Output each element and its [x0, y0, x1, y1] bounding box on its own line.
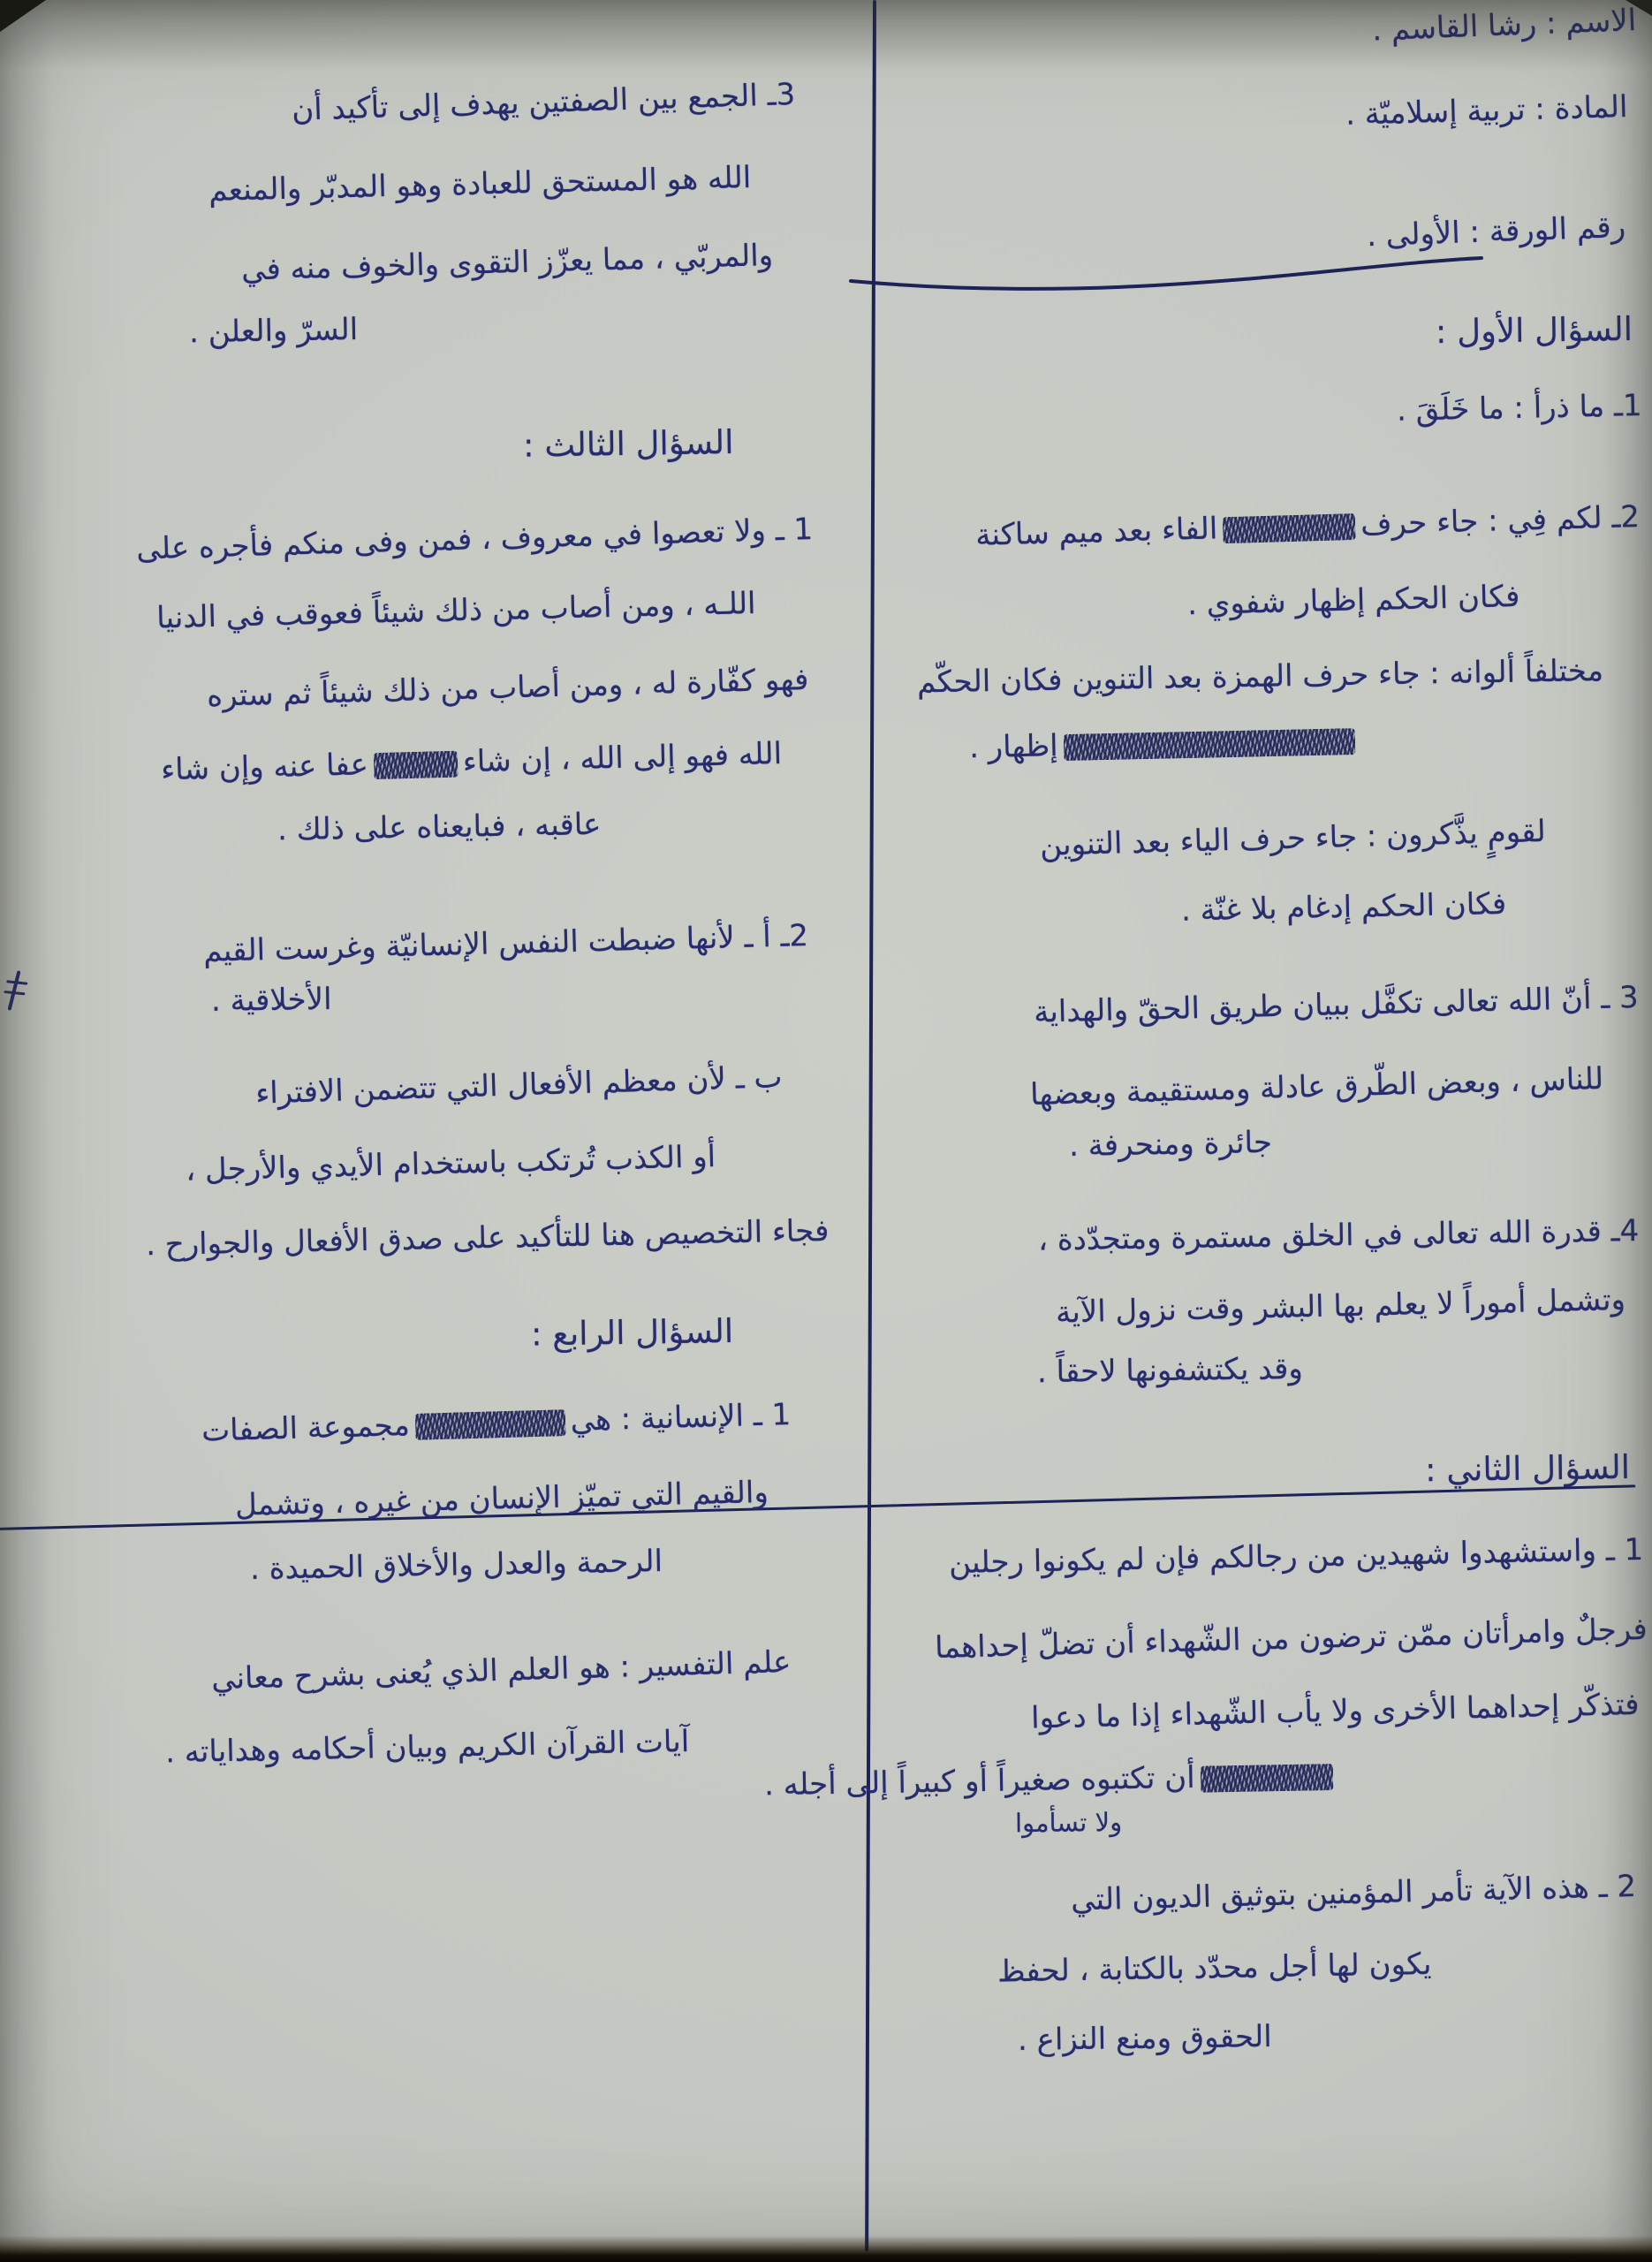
q3-answer-2b-line2: أو الكذب تُرتكب باستخدام الأيدي والأرجل … [186, 1140, 716, 1188]
question3-heading: السؤال الثالث : [522, 424, 733, 465]
scan-corner-shadow-left [0, 0, 46, 32]
q2-answer-1-line4: أن تكتبوه صغيراً أو كبيراً إلى أجله . [764, 1758, 1338, 1803]
q1-answer-2b-line1: مختلفاً ألوانه : جاء حرف الهمزة بعد التن… [917, 654, 1604, 701]
q1-answer-2b-post: إظهار . [969, 728, 1058, 765]
q4-answer-1-line1: 1 ـ الإنسانية : هيمجموعة الصفات [201, 1398, 792, 1449]
scan-corner-shadow-right [1625, 0, 1652, 16]
q1-answer-3-line1: 3 ـ أنّ الله تعالى تكفَّل ببيان طريق الح… [1034, 981, 1639, 1030]
q1-answer-2b-line2: إظهار . [969, 723, 1360, 765]
q1-answer-2a-post: الفاء بعد ميم ساكنة [975, 511, 1218, 553]
q2-answer-3-line1: 3ـ الجمع بين الصفتين يهدف إلى تأكيد أن [292, 78, 796, 128]
q3-answer-1-line5: عاقبه ، فبايعناه على ذلك . [277, 808, 601, 847]
q1-answer-4-line2: وتشمل أموراً لا يعلم بها البشر وقت نزول … [1056, 1283, 1626, 1331]
question1-heading: السؤال الأول : [1436, 311, 1633, 352]
q1-answer-2a-line1: 2ـ لكم فِي : جاء حرفالفاء بعد ميم ساكنة [975, 500, 1641, 553]
scanned-answer-sheet: الاسم : رشا القاسم . المادة : تربية إسلا… [0, 0, 1652, 2262]
q4-answer-2-line2: آيات القرآن الكريم وبيان أحكامه وهداياته… [165, 1725, 690, 1771]
q1-answer-2a-pre: 2ـ لكم فِي : جاء حرف [1360, 499, 1641, 543]
q3-answer-1-line4: الله فهو إلى الله ، إن شاءعفا عنه وإن شا… [161, 737, 783, 787]
q2-answer-3-line4: السرّ والعلن . [189, 313, 359, 350]
q1-answer-1: 1ـ ما ذرأ : ما خَلَقَ . [1396, 389, 1641, 429]
q4-answer-1-line1-post: مجموعة الصفات [201, 1408, 411, 1449]
scribble-mark [1064, 728, 1356, 761]
scan-bottom-edge [0, 2235, 1652, 2262]
q2-answer-1-line3: فتذكّر إحداهما الأخرى ولا يأب الشّهداء إ… [1030, 1688, 1639, 1736]
q3-answer-2b-line3: فجاء التخصيص هنا للتأكيد على صدق الأفعال… [145, 1214, 829, 1263]
q3-answer-1-line2: اللـه ، ومن أصاب من ذلك شيئاً فعوقب في ا… [155, 587, 755, 636]
margin-mark [7, 970, 20, 1011]
q1-answer-2c-line2: فكان الحكم إدغام بلا غنّة . [1181, 887, 1507, 929]
paper-number-line: رقم الورقة : الأولى . [1366, 210, 1625, 254]
subject-line: المادة : تربية إسلاميّة . [1345, 90, 1627, 133]
q3-answer-1-line4-post: عفا عنه وإن شاء [161, 747, 369, 787]
q4-answer-1-line1-pre: 1 ـ الإنسانية : هي [570, 1397, 792, 1438]
q1-answer-4-line3: وقد يكتشفونها لاحقاً . [1037, 1352, 1303, 1390]
question4-heading: السؤال الرابع : [531, 1313, 734, 1354]
q2-answer-1-correction-word: ولا تسأموا [1015, 1808, 1122, 1839]
q1-answer-3-line2: للناس ، وبعض الطّرق عادلة ومستقيمة وبعضه… [1030, 1062, 1604, 1112]
q4-answer-1-line3: الرحمة والعدل والأخلاق الحميدة . [250, 1545, 663, 1587]
q1-answer-3-line3: جائرة ومنحرفة . [1069, 1126, 1273, 1164]
q3-answer-2a-line1: 2ـ أ ـ لأنها ضبطت النفس الإنسانيّة وغرست… [203, 919, 809, 969]
q4-answer-2-line1: علم التفسير : هو العلم الذي يُعنى بشرح م… [210, 1645, 791, 1697]
q2-answer-1-line2: فرجلٌ وامرأتان ممّن ترضون من الشّهداء أن… [935, 1613, 1648, 1666]
q3-answer-1-line3: فهو كفّارة له ، ومن أصاب من ذلك شيئاً ثم… [206, 663, 808, 714]
column-divider-line [865, 0, 876, 2251]
q3-answer-1-line4-pre: الله فهو إلى الله ، إن شاء [462, 736, 782, 779]
scribble-mark [1223, 513, 1356, 543]
q1-answer-4-line1: 4ـ قدرة الله تعالى في الخلق مستمرة ومتجد… [1038, 1214, 1640, 1258]
q3-answer-2a-line2: الأخلاقية . [210, 983, 331, 1019]
scribble-mark [414, 1409, 565, 1440]
q2-answer-2-line2: يكون لها أجل محدّد بالكتابة ، لحفظ [997, 1947, 1431, 1990]
q3-answer-1-line1: 1 ـ ولا تعصوا في معروف ، فمن وفى منكم فأ… [136, 512, 814, 567]
q2-answer-1-line4-text: أن تكتبوه صغيراً أو كبيراً إلى أجله . [764, 1760, 1195, 1803]
q2-answer-3-line2: الله هو المستحق للعبادة وهو المدبّر والم… [208, 161, 752, 209]
scribble-mark [1201, 1764, 1334, 1793]
q1-answer-2a-line2: فكان الحكم إظهار شفوي . [1186, 580, 1519, 622]
q1-answer-2c-line1: لقومٍ يذَّكرون : جاء حرف الياء بعد التنو… [1040, 815, 1547, 863]
q2-answer-2-line1: 2 ـ هذه الآية تأمر المؤمنين بتوثيق الديو… [1071, 1870, 1637, 1918]
student-name-line: الاسم : رشا القاسم . [1371, 4, 1636, 49]
q2-answer-1-line1: 1 ـ واستشهدوا شهيدين من رجالكم فإن لم يك… [949, 1533, 1644, 1581]
scribble-mark [374, 751, 458, 779]
q2-answer-2-line3: الحقوق ومنع النزاع . [1018, 2020, 1272, 2058]
q3-answer-2b-line1: ب ـ لأن معظم الأفعال التي تتضمن الافتراء [254, 1060, 782, 1112]
header-underline-swoop [844, 247, 1489, 322]
q2-answer-3-line3: والمربّي ، مما يعزّز التقوى والخوف منه ف… [241, 239, 774, 288]
